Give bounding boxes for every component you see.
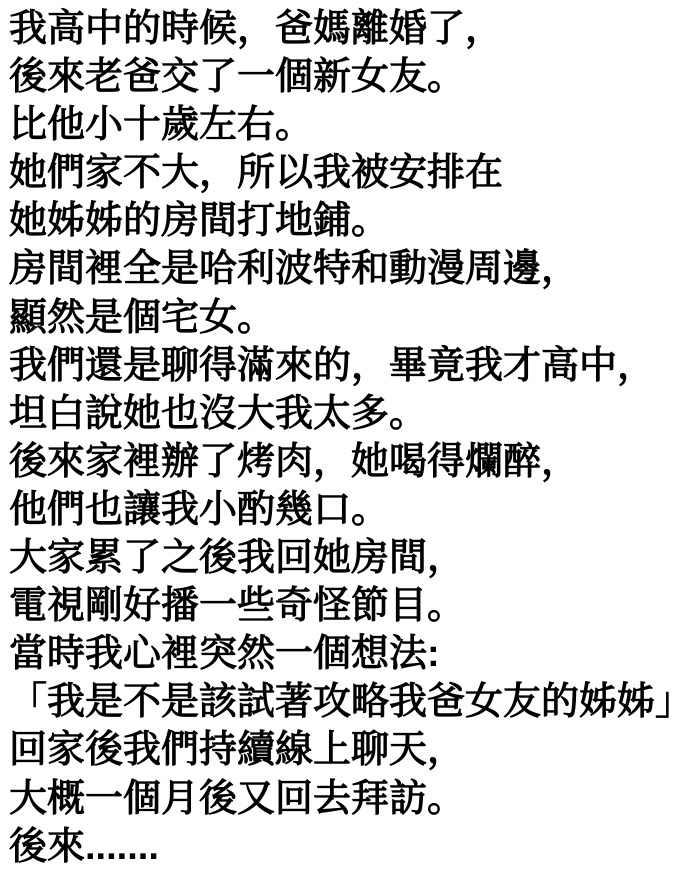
text-line: 後來.......: [9, 823, 700, 871]
text-line: 大家累了之後我回她房間，: [9, 534, 700, 582]
text-line: 她姊姊的房間打地鋪。: [9, 197, 700, 245]
text-line: 當時我心裡突然一個想法:: [9, 630, 700, 678]
text-line: 比他小十歲左右。: [9, 101, 700, 149]
text-line: 後來家裡辦了烤肉，她喝得爛醉，: [9, 438, 700, 486]
text-line: 電視剛好播一些奇怪節目。: [9, 582, 700, 630]
text-line: 大概一個月後又回去拜訪。: [9, 775, 700, 823]
text-line: 房間裡全是哈利波特和動漫周邊，: [9, 245, 700, 293]
text-line: 顯然是個宅女。: [9, 294, 700, 342]
text-line: 我們還是聊得滿來的，畢竟我才高中，: [9, 342, 700, 390]
text-line: 後來老爸交了一個新女友。: [9, 53, 700, 101]
text-line: 「我是不是該試著攻略我爸女友的姊姊」: [9, 678, 700, 726]
story-text-page: 我高中的時候，爸媽離婚了， 後來老爸交了一個新女友。 比他小十歲左右。 她們家不…: [0, 0, 700, 871]
text-line: 她們家不大，所以我被安排在: [9, 149, 700, 197]
text-line: 我高中的時候，爸媽離婚了，: [9, 5, 700, 53]
text-line: 他們也讓我小酌幾口。: [9, 486, 700, 534]
text-line: 坦白說她也沒大我太多。: [9, 390, 700, 438]
text-line: 回家後我們持續線上聊天，: [9, 726, 700, 774]
